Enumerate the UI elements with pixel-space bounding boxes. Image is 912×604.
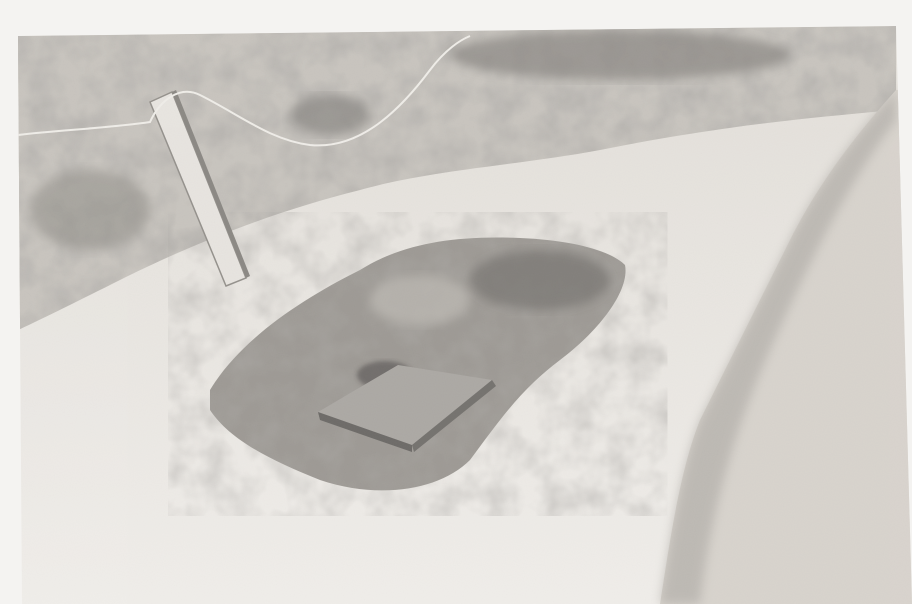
film-grain xyxy=(0,0,912,604)
excavation-photo xyxy=(0,0,912,604)
photo-print-border xyxy=(0,0,912,604)
